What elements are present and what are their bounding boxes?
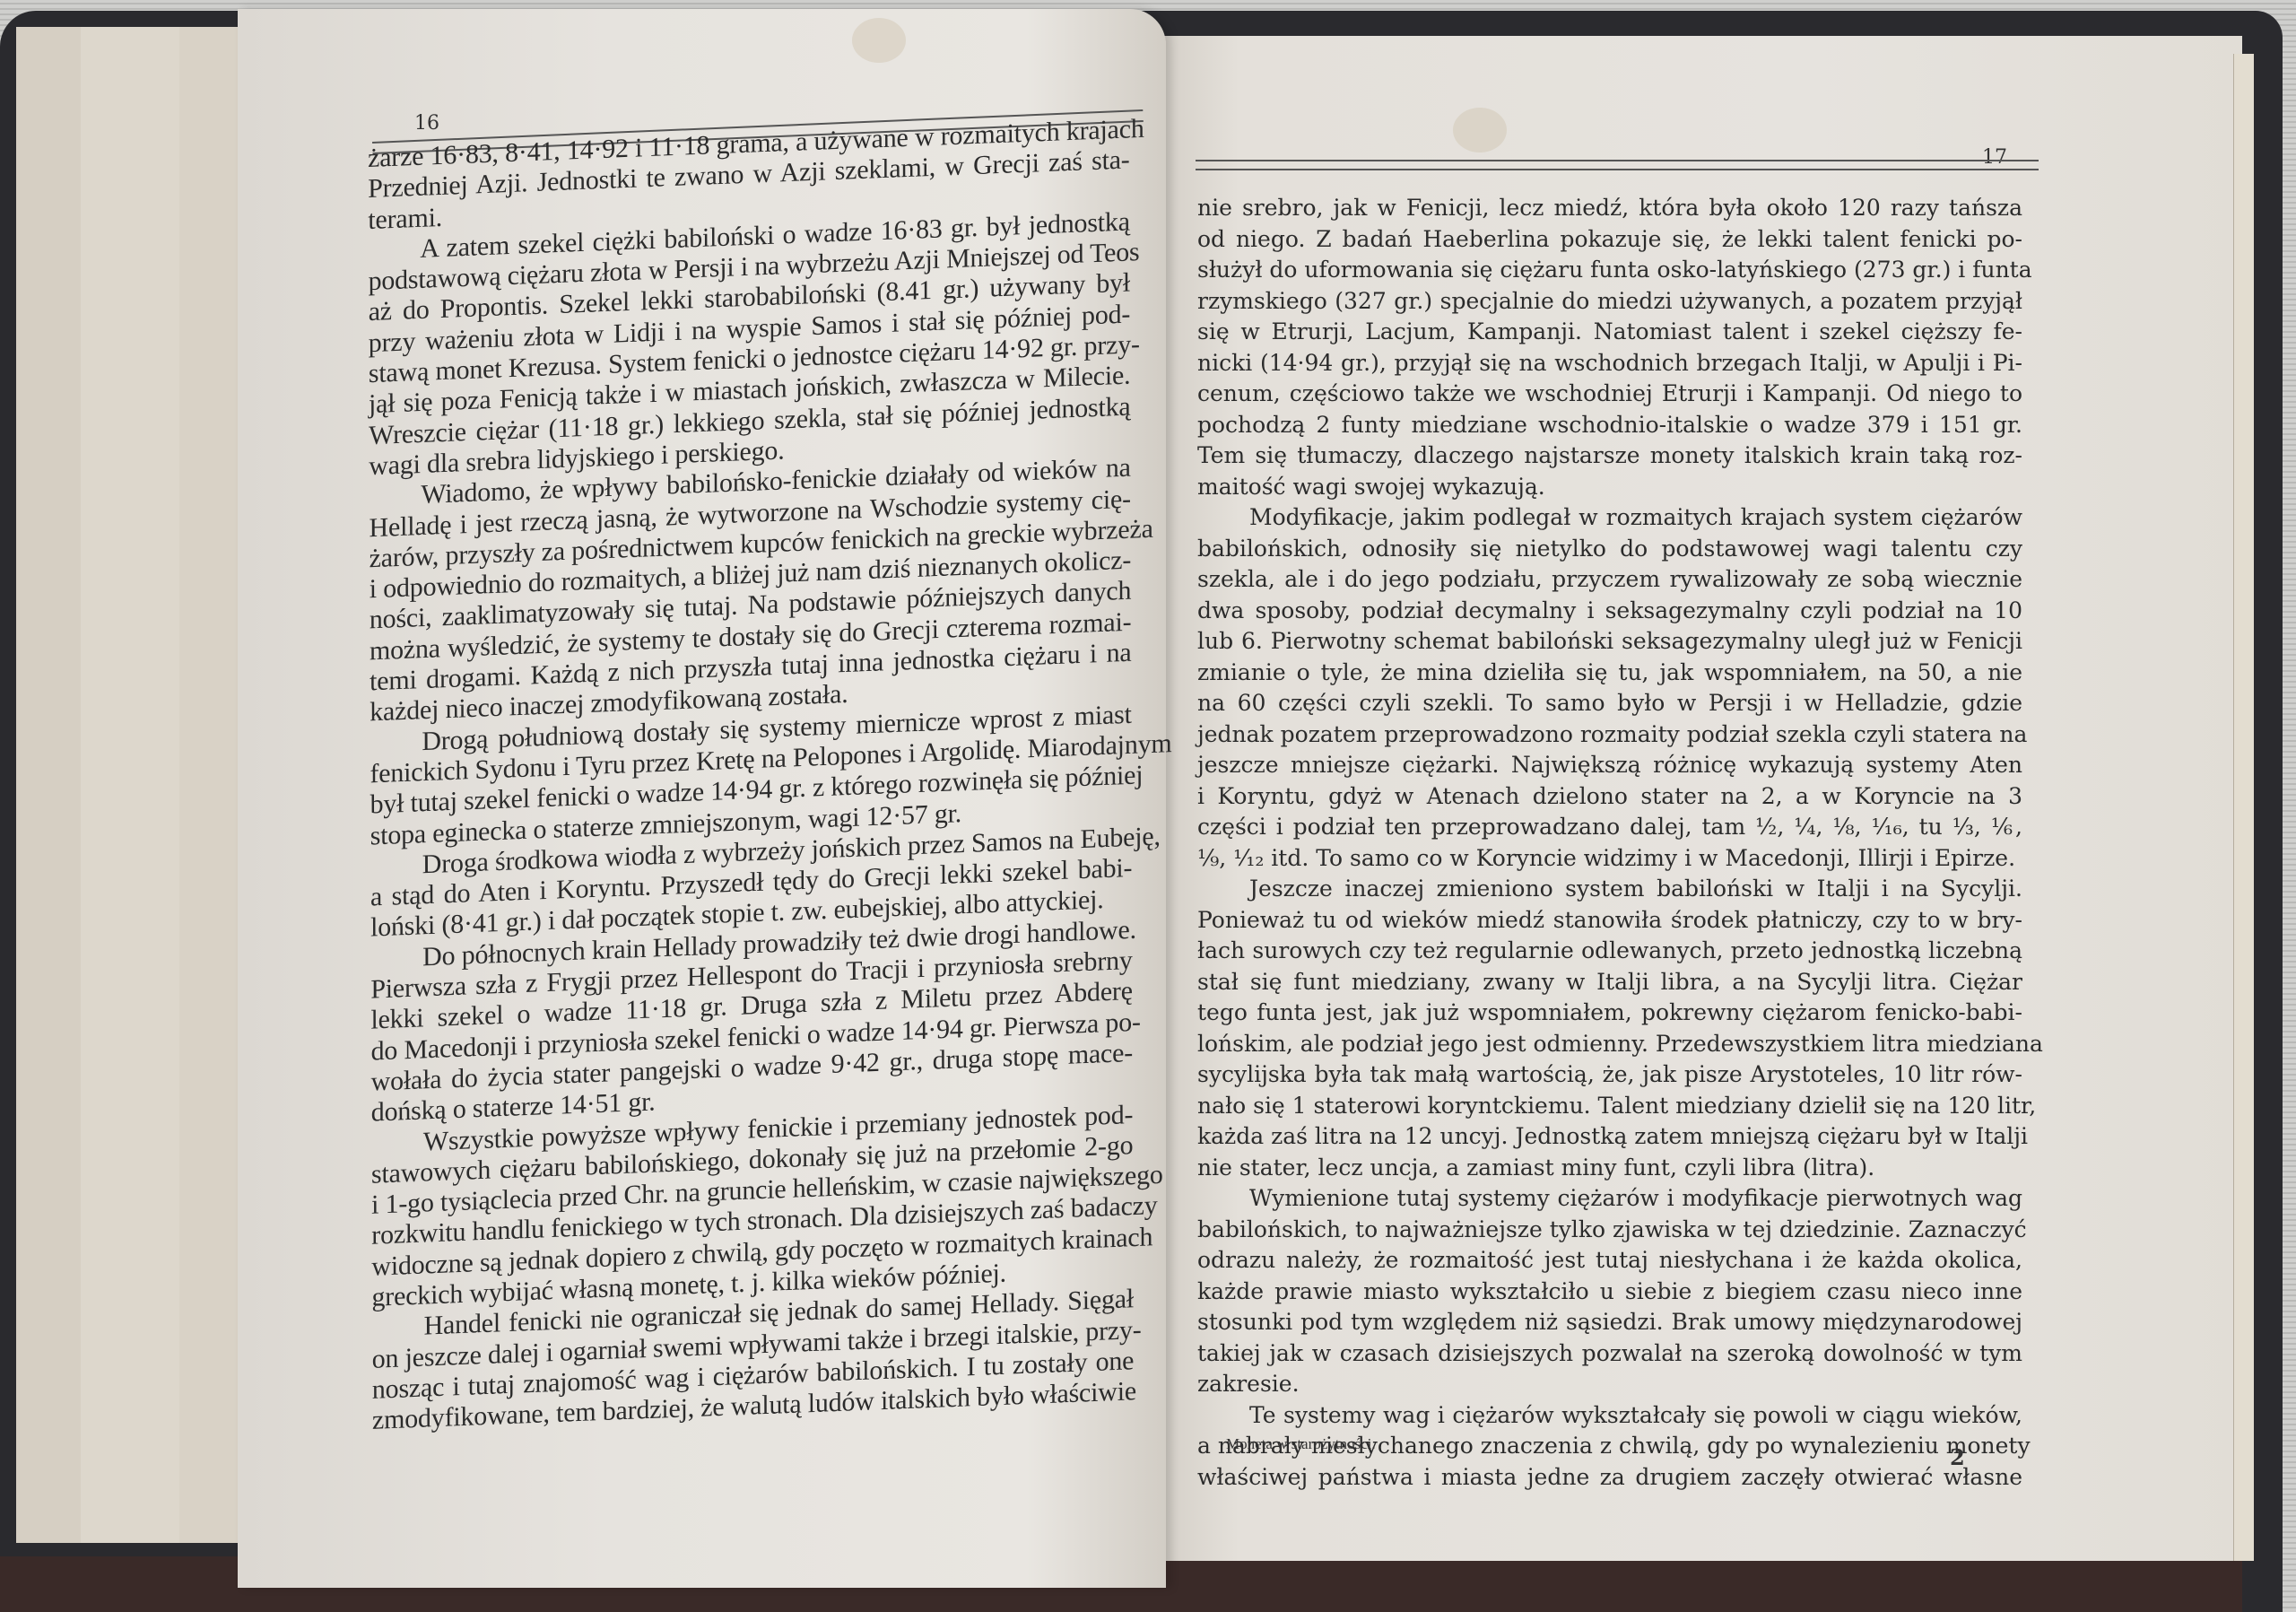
text-line: pochodzą 2 funty miedziane wschodnio-ita… — [1197, 410, 2022, 441]
text-line: służył do uformowania się ciężaru funta … — [1197, 255, 2022, 286]
flyleaf — [16, 27, 90, 1543]
text-line: maitość wagi swojej wykazują. — [1197, 472, 2022, 503]
paper-stain — [852, 18, 906, 63]
text-line: i Koryntu, gdyż w Atenach dzielono state… — [1197, 781, 2022, 813]
text-line: Jeszcze inaczej zmieniono system babiloń… — [1197, 874, 2022, 905]
text-line: lub 6. Pierwotny schemat babiloński seks… — [1197, 626, 2022, 658]
text-line: części i podział ten przeprowadzano dale… — [1197, 812, 2022, 843]
signature-mark: 2 — [1950, 1444, 1965, 1470]
text-line: właściwej państwa i miasta jedne za drug… — [1197, 1462, 2022, 1494]
text-line: sycylijska była tak małą wartością, że, … — [1197, 1059, 2022, 1091]
page-number-left: 16 — [414, 112, 439, 135]
text-line: stosunki pod tym względem niż sąsiedzi. … — [1197, 1307, 2022, 1338]
text-line: na 60 części czyli szekli. To samo było … — [1197, 688, 2022, 719]
text-line: Modyfikacje, jakim podlegał w rozmaitych… — [1197, 502, 2022, 534]
text-line: Tem się tłumaczy, dlaczego najstarsze mo… — [1197, 440, 2022, 472]
text-line: jednak pozatem przeprowadzono rozmaity p… — [1197, 719, 2022, 751]
text-line: takiej jak w czasach dzisiejszych pozwal… — [1197, 1338, 2022, 1370]
text-line: się w Etrurji, Lacjum, Kampanji. Natomia… — [1197, 317, 2022, 348]
text-line: Te systemy wag i ciężarów wykształcały s… — [1197, 1400, 2022, 1432]
text-line: rzymskiego (327 gr.) specjalnie do miedz… — [1197, 286, 2022, 318]
text-line: Ponieważ tu od wieków miedź stanowiła śr… — [1197, 905, 2022, 937]
text-line: zmianie o tyle, że mina dzieliła się tu,… — [1197, 658, 2022, 689]
text-line: jeszcze mniejsze ciężarki. Największą ró… — [1197, 750, 2022, 781]
paper-stain — [1453, 108, 1507, 152]
text-line: tego funta jest, jak już wspomniałem, po… — [1197, 998, 2022, 1029]
header-rule-right — [1196, 160, 2039, 170]
text-line: nało się 1 staterowi koryntckiemu. Talen… — [1197, 1091, 2022, 1122]
flyleaf — [81, 27, 190, 1543]
text-line: nie srebro, jak w Fenicji, lecz miedź, k… — [1197, 193, 2022, 224]
text-line: nie stater, lecz uncja, a zamiast miny f… — [1197, 1153, 2022, 1184]
text-line: każda zaś litra na 12 uncyj. Jednostką z… — [1197, 1121, 2022, 1153]
text-line: stał się funt miedziany, zwany w Italji … — [1197, 967, 2022, 998]
text-line: łach surowych czy też regularnie odlewan… — [1197, 936, 2022, 967]
text-line: od niego. Z badań Haeberlina pokazuje si… — [1197, 224, 2022, 256]
right-page-body: nie srebro, jak w Fenicji, lecz miedź, k… — [1197, 193, 2022, 1493]
text-line: babilońskich, to najważniejsze tylko zja… — [1197, 1215, 2022, 1246]
text-line: odrazu należy, że rozmaitość jest tutaj … — [1197, 1245, 2022, 1277]
text-line: dwa sposoby, podział decymalny i seksage… — [1197, 596, 2022, 627]
text-line: nicki (14·94 gr.), przyjął się na wschod… — [1197, 348, 2022, 379]
text-line: lońskim, ale podział jego jest odmienny.… — [1197, 1029, 2022, 1060]
text-line: cenum, częściowo także we wschodniej Etr… — [1197, 379, 2022, 410]
text-line: babilońskich, odnosiły się nietylko do p… — [1197, 534, 2022, 565]
text-line: zakresie. — [1197, 1369, 2022, 1400]
running-footer: Moneta w starożytności. — [1226, 1435, 1376, 1453]
text-line: szekla, ale i do jego podziału, przyczem… — [1197, 564, 2022, 596]
text-line: każde prawie miasto wykształciło u siebi… — [1197, 1277, 2022, 1308]
text-line: ⅑, ¹⁄₁₂ itd. To samo co w Koryncie widzi… — [1197, 843, 2022, 875]
right-page-edges — [2233, 54, 2254, 1561]
text-line: Wymienione tutaj systemy ciężarów i mody… — [1197, 1183, 2022, 1215]
left-page-body: żarze 16·83, 8·41, 14·92 i 11·18 grama, … — [368, 114, 1134, 1436]
